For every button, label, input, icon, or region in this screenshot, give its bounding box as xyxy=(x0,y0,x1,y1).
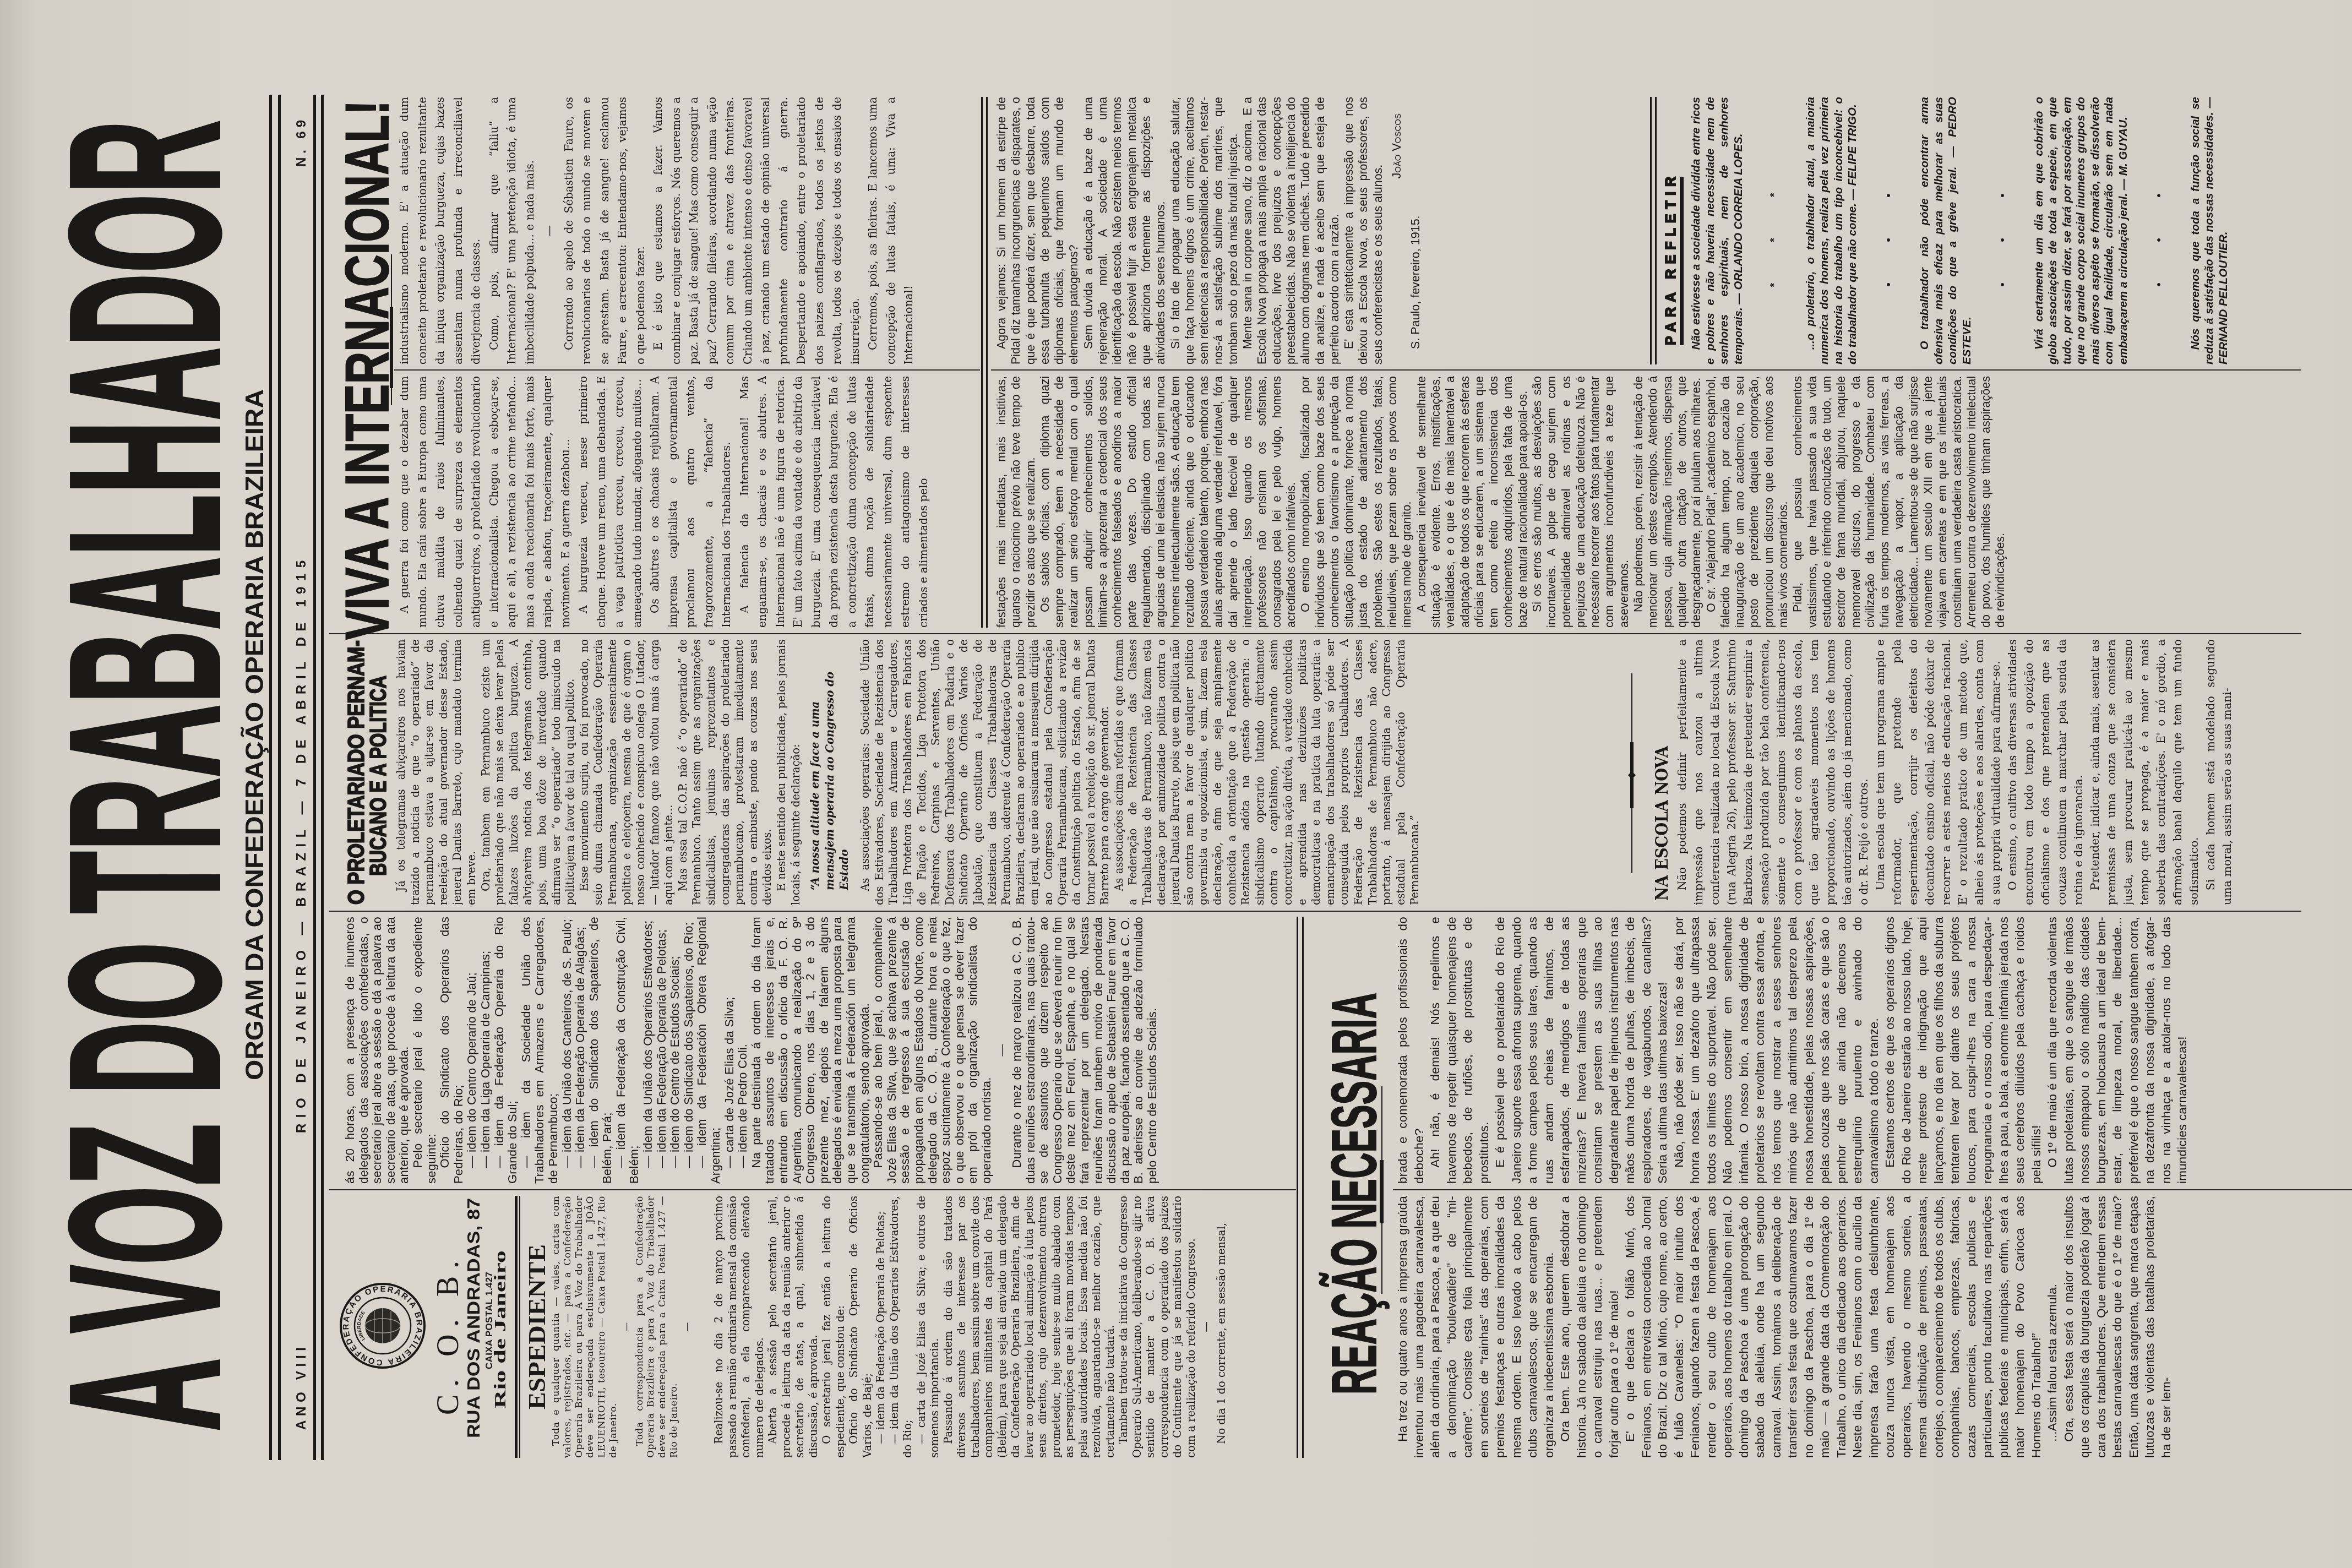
escola-headline: NA ESCOLA NOVA xyxy=(1651,745,1672,901)
separator: — xyxy=(995,917,1009,1184)
escola-col5-paragraphs: Agora vejamos: Si um homem da estirpe de… xyxy=(994,97,1385,364)
reacao-body-col1: Ha trez ou quatro anos a imprensa graúda… xyxy=(1395,1196,2352,1458)
paragraph: O ensino, o cultivo das diversas ativida… xyxy=(2004,639,2087,905)
ornament: • • • xyxy=(2152,97,2166,364)
headline-underrule xyxy=(390,307,393,388)
paragraph: Realizou-se no dia 2 de março procimo pa… xyxy=(712,1196,766,1458)
continuation: ás 20 horas, com a presença de inumeros … xyxy=(344,917,411,1184)
espediente-heading: ESPEDIENTE xyxy=(524,1244,551,1409)
column-separator xyxy=(329,1189,1296,1190)
masthead-title: A VOZ DO TRABALHADOR xyxy=(26,120,264,1431)
refletir-heading-box: PARA REFLETIR xyxy=(1662,169,1679,345)
paragraph: — idem do Centro de Estudos Sociais; xyxy=(668,917,682,1184)
paragraph: No dia 1 do corrente, em sessão mensal, xyxy=(1215,1196,1229,1458)
viva-headline-box: VIVA A INTERNACIONAL! xyxy=(337,95,392,640)
paragraph: Agora vejamos: Si um homem da estirpe de… xyxy=(994,97,1081,364)
paragraph: — idem do Sindicato dos Sapateiros, de B… xyxy=(587,917,614,1184)
cob-abbrev-box: C. O. B. xyxy=(433,1255,461,1415)
quote: Nós queremos que toda a função social se… xyxy=(2188,97,2231,364)
paragraph: E é isto que estamos a fazer. Vamos comb… xyxy=(649,97,864,364)
paragraph: — idem da Federação Operaria do Rio Gran… xyxy=(493,917,520,1184)
paragraph: — idem da Sociedade União dos Trabalhado… xyxy=(520,917,560,1184)
masthead-rule xyxy=(278,95,281,1460)
paragraph: Esse movimento surjiu, ou foi provocado,… xyxy=(578,639,676,905)
paragraph: E' esta sinteticamente a impressão que n… xyxy=(1342,97,1385,364)
continuation: industrialismo moderno. E' a atuação dum… xyxy=(395,97,485,364)
paragraph: Não, não póde ser. Isso não se dará, por… xyxy=(1671,917,1882,1184)
paragraph: Pelo secretario jeral é lido o expedient… xyxy=(411,917,438,1184)
paragraph: Ora, essa festa será o maior dos insulto… xyxy=(2061,1196,2175,1458)
proletariado-body: Já os telegramas alviçareiros nos haviam… xyxy=(394,639,1623,905)
paragraph: O sr. “Alejandro Pidal”, academico espan… xyxy=(1704,376,1791,628)
quote: ...o proletario, o trablhador atual, a m… xyxy=(1804,97,1860,364)
paragraph: A burguezia venceu, nesse primeiro choqu… xyxy=(574,376,646,628)
separator: — xyxy=(682,1196,693,1458)
paragraph: E neste sentido deu publicidade, pelos j… xyxy=(775,639,803,905)
headline-underrule xyxy=(1380,1160,1384,1223)
paragraph: Os abutres e os chacais rejubilaram. A i… xyxy=(646,376,736,628)
article-divider xyxy=(1297,917,1298,1458)
paragraph: Estamos certos de que os operarios digno… xyxy=(1882,917,2044,1184)
scanned-newspaper: A VOZ DO TRABALHADOR ORGAM DA CONFEDERAÇ… xyxy=(0,0,2352,1568)
masthead: A VOZ DO TRABALHADOR xyxy=(61,116,226,1431)
quote: O trabalhador não póde encontrar arma of… xyxy=(1918,97,1974,364)
ornament: • • • xyxy=(1996,97,2010,364)
paragraph: Não podemos definir perfeitamente a impr… xyxy=(1674,639,1872,905)
paragraph: Mas essa tal C.O.P. não é “o operariado”… xyxy=(676,639,775,905)
paragraph: — carta de Jozé Elias da Silva; e outros… xyxy=(915,1196,942,1458)
volume-label: ANO VIII xyxy=(294,1347,309,1430)
column-separator xyxy=(329,911,2301,912)
espediente-heading-box: ESPEDIENTE xyxy=(525,1242,548,1409)
ornament: * * * xyxy=(1767,97,1782,364)
paragraph: Não podemos, porém, rezistir á tentação … xyxy=(1631,376,1703,628)
separator: — xyxy=(540,97,558,364)
paragraph: Cerremos, pois, as fileiras. E lancemos … xyxy=(864,97,918,364)
continuation: brada e comemorada pelos profissionais d… xyxy=(1395,917,1427,1184)
quote: Não estivesse a sociedade dividida entre… xyxy=(1689,97,1745,364)
escola-headline-box: NA ESCOLA NOVA xyxy=(1651,741,1673,901)
article-divider xyxy=(981,97,983,628)
paragraph: A guerra foi como que o dezabar dum mund… xyxy=(395,376,574,628)
masthead-subtitle-box: ORGAM DA CONFEDERAÇÃO OPERARIA BRAZILEIR… xyxy=(239,381,268,1080)
paragraph: Passando-se ao bem jeral, o companheiro … xyxy=(872,917,993,1184)
section-divider xyxy=(1655,97,1657,364)
cob-address-box: RUA DOS ANDRADAS, 87 xyxy=(464,1196,482,1438)
masthead-subtitle: ORGAM DA CONFEDERAÇÃO OPERARIA BRAZILEIR… xyxy=(239,389,269,1080)
article-divider xyxy=(1302,917,1304,1458)
paragraph: A falencia da Internacional! Mas enganam… xyxy=(736,376,933,628)
paragraph: Ah! não, é demais! Nós repelimos e havem… xyxy=(1427,917,1492,1184)
paragraph: Já os telegramas alviçareiros nos haviam… xyxy=(394,639,479,905)
paragraph: — idem da Federação Operaria de Alagôas; xyxy=(574,917,587,1184)
paragraph: Tambem tratou-se da iniciativa do Congre… xyxy=(1117,1196,1198,1458)
dateline: RIO DE JANEIRO — BRAZIL — 7 DE ABRIL DE … xyxy=(294,560,309,1133)
heading-underline xyxy=(1680,177,1684,345)
quote: Virá certamente um dia em que cobrirão o… xyxy=(2032,97,2131,364)
column-separator xyxy=(394,369,980,371)
cob-city-box: Rio de Janeiro xyxy=(492,1249,511,1408)
paragraph: Sem duvida a educação é a baze de uma re… xyxy=(1081,97,1168,364)
paragraph: — idem da União dos Operarios Estivadore… xyxy=(888,1196,915,1458)
viva-body-col4: A guerra foi como que o dezabar dum mund… xyxy=(395,376,980,628)
paragraph: Pidal, que possuia conhecimentos vastiss… xyxy=(1790,376,2007,628)
issue-box: N. 69 xyxy=(293,112,309,167)
paragraph: ...Assim falou esta azemula. xyxy=(2044,1196,2061,1458)
paragraph: — idem da União dos Canteiros, de S. Pau… xyxy=(560,917,574,1184)
paragraph: — idem de Pedro Coli. xyxy=(736,917,750,1184)
cob-city: Rio de Janeiro xyxy=(491,1250,509,1408)
paragraph: As associações operarias: Sociedade Uniã… xyxy=(858,639,1112,905)
escola-body-col5: Agora vejamos: Si um homem da estirpe de… xyxy=(994,97,1645,364)
refletir-quotes: Não estivesse a sociedade dividida entre… xyxy=(1689,97,2301,364)
paragraph: Como, pois, afirmar que “faliu” a Intern… xyxy=(485,97,539,364)
paragraph: Correndo ao apelo de Sébastien Faure, os… xyxy=(560,97,650,364)
paragraph: O ensino monopolizado, fiscalizado por i… xyxy=(1298,376,1414,628)
paragraph: Oficio do Sindicato Operario de Oficios … xyxy=(847,1196,874,1458)
column-separator xyxy=(991,369,2301,371)
paragraph: O 1º de maio é um dia que recorda violen… xyxy=(2044,917,2191,1184)
article-author: João Voscos xyxy=(1390,97,1404,364)
cob-seal-emblem: CONFEDERAÇÃO OPERARIA BRAZILEIRA LIBERDA… xyxy=(339,1282,426,1369)
masthead-rule xyxy=(321,95,324,1460)
paragraph: — idem da Liga Operaria de Campinas; xyxy=(479,917,493,1184)
dateline-box: RIO DE JANEIRO — BRAZIL — 7 DE ABRIL DE … xyxy=(293,549,309,1133)
article-divider xyxy=(986,97,988,628)
paragraph: E' o que declara o folião Minó, dos Feni… xyxy=(1622,1196,2044,1458)
paragraph: Toda correspondencia para a Confederação… xyxy=(634,1196,680,1458)
paragraph: Oficio do Sindicato dos Operarios das Pe… xyxy=(438,917,465,1184)
paragraph: E é possivel que o proletariado do Rio d… xyxy=(1492,917,1671,1184)
proletariado-headline-line2: BUCANO E A POLITICA xyxy=(365,676,391,876)
confederation-report-col1: Realizou-se no dia 2 de março procimo pa… xyxy=(712,1196,1295,1458)
paragraph: Passando á ordem do dia são tratados div… xyxy=(942,1196,1118,1458)
reacao-body-col2: brada e comemorada pelos profissionais d… xyxy=(1395,917,2303,1184)
paragraph: Pretender, indicar e, ainda mais, asenta… xyxy=(2087,639,2202,905)
escola-body-col4: festações mais imediatas, mais institiva… xyxy=(994,376,2301,628)
paragraph: As associações acima referidas e que for… xyxy=(1112,639,1422,905)
article-place-date: S. Paulo, fevereiro, 1915. xyxy=(1408,97,1423,364)
paragraph: — carta de Jozé Elias da Silva; xyxy=(723,917,737,1184)
cob-box-rule xyxy=(515,1196,518,1458)
paragraph: Si os erros são muitos, as desviações sã… xyxy=(1530,376,1631,628)
paragraph: Os sabios oficiais, com diploma quazi se… xyxy=(1038,376,1298,628)
separator: — xyxy=(1200,1196,1213,1458)
paragraph: — idem do Sindicato dos Sapateiros, do R… xyxy=(682,917,696,1184)
paragraph: Uma escola que tem um programa amplo e r… xyxy=(1872,639,2004,905)
paragraph: — idem da Federación Obrera Regional Arg… xyxy=(695,917,722,1184)
cob-abbrev: C. O. B. xyxy=(431,1261,465,1415)
column-separator xyxy=(329,633,2301,634)
paragraph: Ora, tambem em Pernambuco eziste um prol… xyxy=(479,639,578,905)
paragraph: Na parte destinada á ordem do dia foram … xyxy=(750,917,872,1184)
paragraph: Mente sana in corpore sano, diz o acioma… xyxy=(1240,97,1342,364)
masthead-rule xyxy=(313,95,316,1460)
masthead-rule xyxy=(269,95,272,1460)
ornament: • • • xyxy=(1882,97,1896,364)
confederation-report-col2: ás 20 horas, com a presença de inumeros … xyxy=(344,917,1294,1184)
paragraph: Si o fato de propagar uma educação salut… xyxy=(1168,97,1240,364)
issue-number: N. 69 xyxy=(294,120,309,167)
reacao-headline: REAÇÃO NECESSARIA xyxy=(1319,993,1390,1395)
reacao-headline-box: REAÇÃO NECESSARIA xyxy=(1324,987,1385,1395)
viva-body-col5: industrialismo moderno. E' a atuação dum… xyxy=(395,97,980,364)
paragraph: Aberta a sessão pelo secretario jeral, p… xyxy=(766,1196,820,1458)
paragraph: — idem da Federação Operaria de Pelotas; xyxy=(655,917,669,1184)
newspaper-page: A VOZ DO TRABALHADOR ORGAM DA CONFEDERAÇ… xyxy=(0,0,2352,1568)
separator: — xyxy=(621,1196,633,1458)
cob-box-rule xyxy=(519,1196,520,1458)
paragraph: — idem da Federação da Construção Civil,… xyxy=(614,917,641,1184)
paragraph: O secretario jeral faz então a leitura d… xyxy=(820,1196,847,1458)
paragraph: Si cada homem está modelado segundo uma … xyxy=(2202,639,2235,905)
escola-body-col3: Não podemos definir perfeitamente a impr… xyxy=(1674,639,2301,905)
paragraph: A consequencia inevitavel de semelhante … xyxy=(1414,376,1530,628)
proletariado-headline-box: O PROLETARIADO PERNAM- xyxy=(342,635,367,905)
proletariado-headline-box: BUCANO E A POLITICA xyxy=(364,667,389,876)
paragraph: — idem da Federação Operaria de Pelotas; xyxy=(874,1196,888,1458)
paragraph: Ha trez ou quatro anos a imprensa graúda… xyxy=(1395,1196,1557,1458)
cob-address: RUA DOS ANDRADAS, 87 xyxy=(464,1198,483,1438)
section-divider xyxy=(1650,97,1652,364)
refletir-heading: PARA REFLETIR xyxy=(1663,177,1679,345)
paragraph: — idem do Centro Operario de Jaú; xyxy=(465,917,479,1184)
subheading: “A nossa atitude em face a uma mensajem … xyxy=(808,639,852,905)
volume-box: ANO VIII xyxy=(293,1320,309,1430)
ornament-diamond-icon xyxy=(1628,771,1636,779)
continuation: festações mais imediatas, mais institiva… xyxy=(994,376,1038,628)
paragraph: Durante o mez de março realizou a C. O. … xyxy=(1010,917,1159,1184)
paragraph: Toda e qualquer quantia — vales, cartas … xyxy=(551,1196,619,1458)
paragraph: Ora bem. Este ano, querem desdobrar a hi… xyxy=(1557,1196,1622,1458)
paragraph: — idem da União dos Operarios Estivadore… xyxy=(641,917,655,1184)
espediente-body: Toda e qualquer quantia — vales, cartas … xyxy=(551,1196,712,1458)
column-separator xyxy=(1393,1189,2352,1190)
